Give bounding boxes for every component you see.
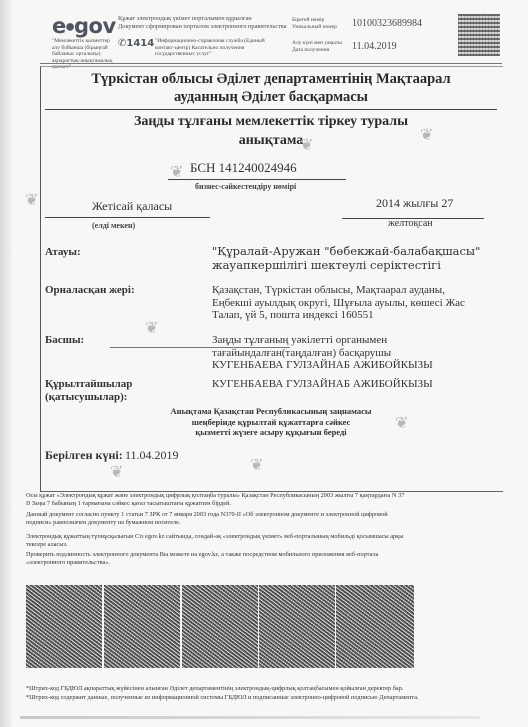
field-label-head: Басшы: xyxy=(45,334,84,346)
legal-text-ru: Данный документ согласно пункту 1 статьи… xyxy=(26,511,526,527)
legal-text-kz: Осы құжат «Электрондық құжат және электр… xyxy=(26,492,526,508)
field-value-founders: КУГЕНБАЕВА ГУЛЗАЙНАБ АЖИБОЙКЫЗЫ xyxy=(212,378,433,391)
received-date: 11.04.2019 xyxy=(352,41,397,52)
header-portal-text: Құжат электрондық үкімет порталымен құры… xyxy=(118,15,287,31)
field-value-address: Қазақстан, Түркістан облысы, Мақтаарал а… xyxy=(212,284,465,322)
scan-edge-shadow xyxy=(0,0,12,727)
ornament-icon: ❦ xyxy=(25,190,38,209)
legal-note: Анықтама Қазақстан Республикасының заңна… xyxy=(40,406,502,438)
issued-date: 11.04.2019 xyxy=(125,448,179,463)
registration-place: Жетісай қаласы xyxy=(92,199,172,214)
title-divider xyxy=(45,109,497,110)
bin-caption: бизнес-сәйкестендіру нөмірі xyxy=(195,182,296,191)
2d-barcode-2 xyxy=(104,585,180,668)
field-label-founders: Құрылтайшылар (қатысушылар): xyxy=(45,378,132,404)
portal-ru: Документ сформирован порталом электронно… xyxy=(118,23,287,31)
footer-note-ru: *Штрих-код содержит данные, полученные и… xyxy=(26,694,419,702)
issued-date-label: Берілген күні: xyxy=(45,448,123,463)
qr-code xyxy=(458,14,500,56)
verify-text-kz: Электрондық құжаттың түпнұсқалығын Сіз e… xyxy=(26,533,526,549)
scan-bottom-edge xyxy=(20,716,480,719)
egov-logo-dot-icon: ● xyxy=(66,22,74,33)
signature-line xyxy=(110,347,290,348)
registration-date: 2014 жылғы 27 xyxy=(376,196,453,211)
authority-title: Түркістан облысы Әділет департаментінің … xyxy=(40,70,502,106)
ornament-icon: ❦ xyxy=(110,462,123,481)
field-label-name: Атауы: xyxy=(45,246,81,258)
place-underline xyxy=(45,217,210,218)
unique-number-labels: Бірегей нөмір Уникальный номер xyxy=(292,17,337,30)
bin-number: БСН 141240024946 xyxy=(190,160,297,176)
header-divider xyxy=(40,63,502,64)
contact-phone: ✆1414 xyxy=(118,38,154,49)
portal-kz: Құжат электрондық үкімет порталымен құры… xyxy=(118,15,287,23)
ornament-icon: ❦ xyxy=(145,318,158,337)
2d-barcode-4 xyxy=(259,585,335,668)
ornament-icon: ❦ xyxy=(395,413,408,432)
contact-center-ru: "Информационно-справочная служба (Единый… xyxy=(155,38,275,58)
ornament-icon: ❦ xyxy=(420,125,433,144)
2d-barcode-3 xyxy=(182,585,258,668)
bin-underline xyxy=(168,179,346,180)
footer-note-kz: *Штрих-код ГБДЮЛ ақпараттық жүйесінен ал… xyxy=(26,685,403,693)
2d-barcode-1 xyxy=(26,585,102,668)
field-value-name: "Құралай-Аружан "бөбекжай-балабақшасы" ж… xyxy=(212,244,480,272)
field-label-address: Орналасқан жері: xyxy=(45,284,135,296)
registration-month: желтоқсан xyxy=(388,218,433,229)
field-value-head: Заңды тұлғаның уәкілетті органымен тағай… xyxy=(212,334,433,372)
ornament-icon: ❦ xyxy=(300,135,313,154)
egov-logo: e●gov xyxy=(52,14,116,38)
received-date-labels: Алу күні мен уақыты Дата получения xyxy=(292,40,342,53)
2d-barcode-5 xyxy=(336,585,414,668)
verify-text-ru: Проверить подлинность электронного докум… xyxy=(26,551,526,567)
ornament-icon: ❦ xyxy=(250,455,263,474)
place-caption: (елді мекен) xyxy=(92,221,135,230)
ornament-icon: ❦ xyxy=(170,162,183,181)
unique-number: 10100323689984 xyxy=(352,18,422,29)
